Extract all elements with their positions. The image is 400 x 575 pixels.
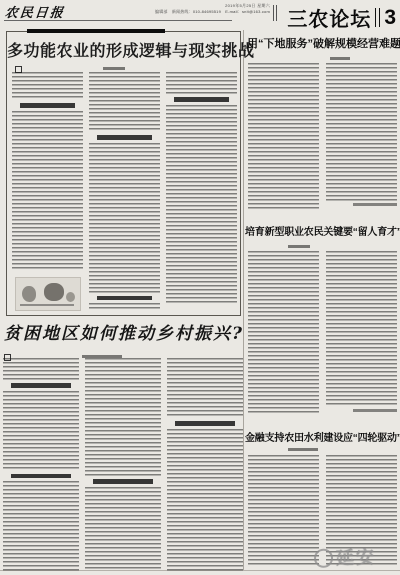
article-righttop-col1 [248, 63, 319, 209]
article-main: 多功能农业的形成逻辑与现实挑战 [6, 31, 241, 316]
page-number-separator [375, 8, 380, 27]
body-text-block [326, 63, 397, 201]
watermark-text: 延安 [336, 543, 377, 570]
body-text-block [326, 251, 397, 407]
subhead-bar [97, 296, 152, 301]
watermark: 延安 [314, 543, 377, 571]
article-bottomleft-headline: 贫困地区如何推动乡村振兴? [4, 319, 240, 344]
article-righttop-byline [330, 57, 350, 60]
body-text-block [89, 303, 160, 311]
subhead-bar [20, 103, 75, 108]
page-number: 3 [384, 6, 396, 30]
editorial-cartoon-image [15, 277, 81, 311]
body-text-block [89, 72, 160, 132]
body-text-block [89, 143, 160, 293]
body-text-block [3, 358, 79, 380]
subhead-bar [11, 383, 70, 388]
cartoon-figure [66, 292, 75, 302]
author-attribution-line [353, 203, 397, 206]
article-bottomleft-col1 [3, 358, 79, 573]
subhead-bar [11, 474, 70, 479]
section-title: 三农论坛 [287, 3, 371, 32]
article-rightmiddle-columns [248, 251, 397, 415]
header-meta: 2019年5月25日 星期六 编辑部 新闻热线：010-84695519 E-m… [140, 3, 270, 15]
cartoon-ground-line [20, 304, 74, 306]
article-rightbottom-headline: 金融支持农田水利建设应“四轮驱动” [245, 429, 398, 444]
article-rightbottom-col1 [248, 455, 319, 567]
masthead-logo: 农民日报 [4, 2, 66, 21]
body-text-block [248, 455, 319, 567]
article-rightmiddle-col1 [248, 251, 319, 415]
article-bottomleft-columns [3, 358, 243, 573]
body-text-block [167, 358, 243, 418]
article-bottomleft-col3 [167, 358, 243, 573]
body-text-block [167, 429, 243, 571]
headline-deco-bar [27, 29, 165, 33]
body-text-block [248, 251, 319, 415]
article-rightmiddle-byline [288, 245, 310, 248]
article-rightbottom-byline [288, 448, 318, 451]
body-text-block [166, 72, 237, 94]
author-attribution-line [353, 409, 397, 412]
masthead-rule [4, 20, 232, 21]
article-bottomleft-col2 [85, 358, 161, 573]
article-main-col2 [89, 72, 160, 311]
article-rightmiddle-col2 [326, 251, 397, 415]
cartoon-figure [22, 286, 36, 302]
article-main-headline: 多功能农业的形成逻辑与现实挑战 [7, 38, 240, 61]
subhead-bar [174, 97, 229, 102]
article-righttop-columns [248, 63, 397, 209]
body-text-block [85, 358, 161, 476]
column-divider [243, 30, 244, 570]
article-rightmiddle-headline: 培育新型职业农民关键要“留人育才” [245, 223, 398, 238]
body-text-block [12, 111, 83, 269]
body-text-block [12, 72, 83, 100]
body-text-block [3, 481, 79, 573]
cartoon-figure [44, 283, 64, 301]
section-box: 三农论坛 3 [287, 3, 396, 32]
article-righttop-col2 [326, 63, 397, 209]
body-text-block [248, 63, 319, 209]
header-contact-line: 编辑部 新闻热线：010-84695519 E-mail：snlt@163.co… [140, 9, 270, 15]
subhead-bar [175, 421, 234, 426]
article-main-byline [103, 67, 125, 70]
header-separator [273, 5, 277, 21]
article-main-columns [12, 72, 237, 311]
article-main-col3 [166, 72, 237, 311]
body-text-block [166, 105, 237, 305]
article-righttop-headline: 用“下地服务”破解规模经营难题 [247, 35, 398, 51]
watermark-logo-icon [314, 548, 334, 568]
subhead-bar [97, 135, 152, 140]
body-text-block [85, 487, 161, 571]
article-main-col1 [12, 72, 83, 311]
subhead-bar [93, 479, 152, 484]
body-text-block [3, 391, 79, 471]
